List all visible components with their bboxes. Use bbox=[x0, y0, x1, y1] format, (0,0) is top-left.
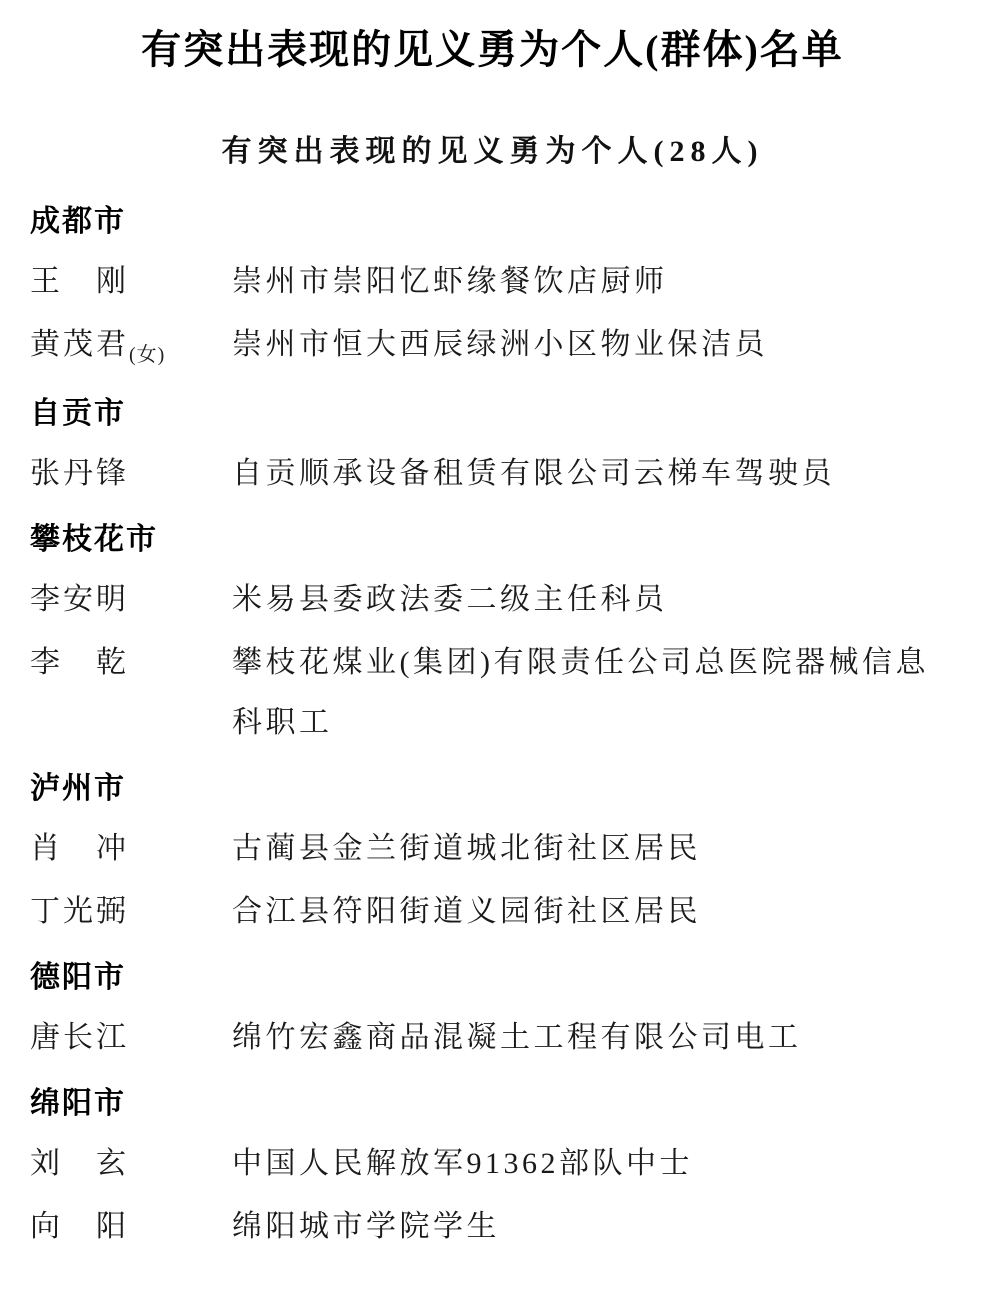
person-name: 刘 玄 bbox=[30, 1134, 232, 1194]
entry-list: 王 刚 崇州市崇阳忆虾缘餐饮店厨师 黄茂君(女) 崇州市恒大西辰绿洲小区物业保洁… bbox=[30, 252, 955, 378]
person-name-text: 黄茂君 bbox=[30, 328, 129, 361]
person-row: 向 阳 绵阳城市学院学生 bbox=[30, 1197, 955, 1257]
person-name: 李安明 bbox=[30, 570, 232, 630]
person-row: 刘 玄 中国人民解放军91362部队中士 bbox=[30, 1134, 955, 1194]
person-name-text: 李安明 bbox=[30, 583, 129, 616]
person-name-text: 刘 玄 bbox=[30, 1147, 129, 1180]
person-row: 唐长江 绵竹宏鑫商品混凝土工程有限公司电工 bbox=[30, 1008, 955, 1068]
person-row: 丁光弼 合江县符阳街道义园街社区居民 bbox=[30, 882, 955, 942]
person-row: 李安明 米易县委政法委二级主任科员 bbox=[30, 570, 955, 630]
person-row: 肖 冲 古蔺县金兰街道城北街社区居民 bbox=[30, 819, 955, 879]
city-section: 自贡市 张丹锋 自贡顺承设备租赁有限公司云梯车驾驶员 bbox=[30, 384, 955, 504]
city-section: 攀枝花市 李安明 米易县委政法委二级主任科员 李 乾 攀枝花煤业(集团)有限责任… bbox=[30, 510, 955, 753]
city-section: 成都市 王 刚 崇州市崇阳忆虾缘餐饮店厨师 黄茂君(女) 崇州市恒大西辰绿洲小区… bbox=[30, 192, 955, 378]
person-name-text: 肖 冲 bbox=[30, 832, 129, 865]
city-header: 泸州市 bbox=[30, 759, 955, 819]
city-header: 攀枝花市 bbox=[30, 510, 955, 570]
person-description: 绵竹宏鑫商品混凝土工程有限公司电工 bbox=[232, 1008, 955, 1068]
city-header: 绵阳市 bbox=[30, 1074, 955, 1134]
entry-list: 李安明 米易县委政法委二级主任科员 李 乾 攀枝花煤业(集团)有限责任公司总医院… bbox=[30, 570, 955, 753]
person-description: 崇州市崇阳忆虾缘餐饮店厨师 bbox=[232, 252, 955, 312]
person-name: 向 阳 bbox=[30, 1197, 232, 1257]
person-row: 黄茂君(女) 崇州市恒大西辰绿洲小区物业保洁员 bbox=[30, 315, 955, 378]
person-description: 自贡顺承设备租赁有限公司云梯车驾驶员 bbox=[232, 444, 955, 504]
city-section: 泸州市 肖 冲 古蔺县金兰街道城北街社区居民 丁光弼 合江县符阳街道义园街社区居… bbox=[30, 759, 955, 942]
entry-list: 张丹锋 自贡顺承设备租赁有限公司云梯车驾驶员 bbox=[30, 444, 955, 504]
person-name-text: 张丹锋 bbox=[30, 457, 129, 490]
person-row: 张丹锋 自贡顺承设备租赁有限公司云梯车驾驶员 bbox=[30, 444, 955, 504]
person-description: 合江县符阳街道义园街社区居民 bbox=[232, 882, 955, 942]
person-name-text: 丁光弼 bbox=[30, 895, 129, 928]
person-name: 黄茂君(女) bbox=[30, 315, 232, 378]
person-name-text: 唐长江 bbox=[30, 1021, 129, 1054]
entry-list: 刘 玄 中国人民解放军91362部队中士 向 阳 绵阳城市学院学生 bbox=[30, 1134, 955, 1257]
person-name: 王 刚 bbox=[30, 252, 232, 312]
person-description: 古蔺县金兰街道城北街社区居民 bbox=[232, 819, 955, 879]
person-gender-note: (女) bbox=[129, 344, 165, 366]
person-name-text: 王 刚 bbox=[30, 265, 129, 298]
entry-list: 肖 冲 古蔺县金兰街道城北街社区居民 丁光弼 合江县符阳街道义园街社区居民 bbox=[30, 819, 955, 942]
entry-list: 唐长江 绵竹宏鑫商品混凝土工程有限公司电工 bbox=[30, 1008, 955, 1068]
person-description: 中国人民解放军91362部队中士 bbox=[232, 1134, 955, 1194]
person-name: 丁光弼 bbox=[30, 882, 232, 942]
person-name: 李 乾 bbox=[30, 633, 232, 693]
person-description: 攀枝花煤业(集团)有限责任公司总医院器械信息科职工 bbox=[232, 633, 955, 753]
city-header: 德阳市 bbox=[30, 948, 955, 1008]
person-description: 崇州市恒大西辰绿洲小区物业保洁员 bbox=[232, 315, 955, 375]
person-name: 唐长江 bbox=[30, 1008, 232, 1068]
person-name-text: 李 乾 bbox=[30, 646, 129, 679]
person-row: 李 乾 攀枝花煤业(集团)有限责任公司总医院器械信息科职工 bbox=[30, 633, 955, 753]
sections-container: 成都市 王 刚 崇州市崇阳忆虾缘餐饮店厨师 黄茂君(女) 崇州市恒大西辰绿洲小区… bbox=[30, 192, 955, 1257]
page-title: 有突出表现的见义勇为个人(群体)名单 bbox=[30, 22, 955, 78]
person-name: 张丹锋 bbox=[30, 444, 232, 504]
person-description: 米易县委政法委二级主任科员 bbox=[232, 570, 955, 630]
person-name: 肖 冲 bbox=[30, 819, 232, 879]
person-name-text: 向 阳 bbox=[30, 1210, 129, 1243]
city-section: 绵阳市 刘 玄 中国人民解放军91362部队中士 向 阳 绵阳城市学院学生 bbox=[30, 1074, 955, 1257]
city-section: 德阳市 唐长江 绵竹宏鑫商品混凝土工程有限公司电工 bbox=[30, 948, 955, 1068]
person-description: 绵阳城市学院学生 bbox=[232, 1197, 955, 1257]
page-subtitle: 有突出表现的见义勇为个人(28人) bbox=[30, 130, 955, 174]
city-header: 成都市 bbox=[30, 192, 955, 252]
city-header: 自贡市 bbox=[30, 384, 955, 444]
document-page: 有突出表现的见义勇为个人(群体)名单 有突出表现的见义勇为个人(28人) 成都市… bbox=[0, 0, 983, 1305]
person-row: 王 刚 崇州市崇阳忆虾缘餐饮店厨师 bbox=[30, 252, 955, 312]
